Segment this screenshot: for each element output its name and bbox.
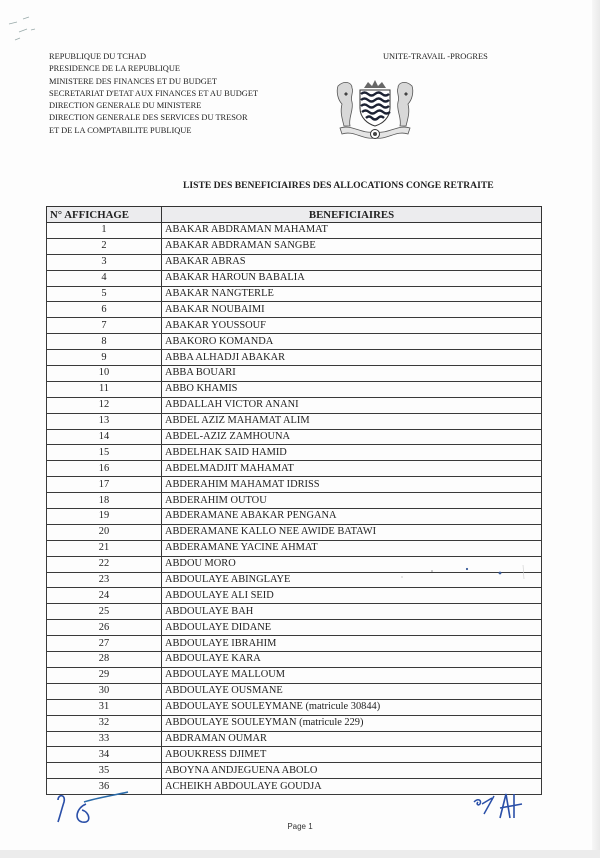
authority-line: REPUBLIQUE DU TCHAD — [49, 51, 258, 63]
beneficiary-name-cell: ABAKAR ABDRAMAN SANGBE — [162, 238, 542, 254]
table-row: 35ABOYNA ANDJEGUENA ABOLO — [47, 763, 542, 779]
table-row: 24ABDOULAYE ALI SEID — [47, 588, 542, 604]
table-row: 9ABBA ALHADJI ABAKAR — [47, 350, 542, 366]
authority-line: SECRETARIAT D'ETAT AUX FINANCES ET AU BU… — [49, 88, 258, 100]
display-number-cell: 9 — [47, 350, 162, 366]
table-row: 17ABDERAHIM MAHAMAT IDRISS — [47, 477, 542, 493]
display-number-cell: 10 — [47, 366, 162, 382]
beneficiary-name-cell: ABDOULAYE BAH — [162, 604, 542, 620]
beneficiary-name-cell: ABDOULAYE KARA — [162, 652, 542, 668]
display-number-cell: 3 — [47, 254, 162, 270]
beneficiary-name-cell: ABDERAHIM OUTOU — [162, 493, 542, 509]
beneficiary-name-cell: ABDERAMANE YACINE AHMAT — [162, 540, 542, 556]
display-number-cell: 15 — [47, 445, 162, 461]
beneficiary-name-cell: ABBO KHAMIS — [162, 381, 542, 397]
beneficiary-name-cell: ABDOULAYE MALLOUM — [162, 667, 542, 683]
display-number-cell: 23 — [47, 572, 162, 588]
beneficiary-name-cell: ABDOULAYE OUSMANE — [162, 683, 542, 699]
table-row: 21ABDERAMANE YACINE AHMAT — [47, 540, 542, 556]
table-row: 19ABDERAMANE ABAKAR PENGANA — [47, 509, 542, 525]
table-row: 4ABAKAR HAROUN BABALIA — [47, 270, 542, 286]
display-number-cell: 18 — [47, 493, 162, 509]
display-number-cell: 2 — [47, 238, 162, 254]
table-row: 25ABDOULAYE BAH — [47, 604, 542, 620]
table-row: 14ABDEL-AZIZ ZAMHOUNA — [47, 429, 542, 445]
beneficiary-name-cell: ABDOULAYE SOULEYMANE (matricule 30844) — [162, 699, 542, 715]
display-number-cell: 32 — [47, 715, 162, 731]
display-number-cell: 21 — [47, 540, 162, 556]
document-title: LISTE DES BENEFICIAIRES DES ALLOCATIONS … — [183, 180, 494, 191]
beneficiary-name-cell: ABDEL AZIZ MAHAMAT ALIM — [162, 413, 542, 429]
table-row: 2ABAKAR ABDRAMAN SANGBE — [47, 238, 542, 254]
display-number-cell: 26 — [47, 620, 162, 636]
table-row: 10ABBA BOUARI — [47, 366, 542, 382]
display-number-cell: 12 — [47, 397, 162, 413]
page-edge-shadow — [592, 0, 600, 858]
display-number-cell: 29 — [47, 667, 162, 683]
column-header-beneficiaries: BENEFICIAIRES — [162, 207, 542, 223]
beneficiary-name-cell: ABAKAR NANGTERLE — [162, 286, 542, 302]
column-header-number: N° AFFICHAGE — [47, 207, 162, 223]
page-number: Page 1 — [0, 822, 600, 831]
authority-line: ET DE LA COMPTABILITE PUBLIQUE — [49, 125, 258, 137]
display-number-cell: 8 — [47, 334, 162, 350]
table-row: 7ABAKAR YOUSSOUF — [47, 318, 542, 334]
stray-marks-icon — [5, 10, 60, 45]
beneficiary-name-cell: ABDOULAYE ALI SEID — [162, 588, 542, 604]
coat-of-arms-icon — [330, 78, 420, 142]
table-row: 26ABDOULAYE DIDANE — [47, 620, 542, 636]
table-row: 31ABDOULAYE SOULEYMANE (matricule 30844) — [47, 699, 542, 715]
display-number-cell: 11 — [47, 381, 162, 397]
display-number-cell: 4 — [47, 270, 162, 286]
table-row: 27ABDOULAYE IBRAHIM — [47, 636, 542, 652]
display-number-cell: 22 — [47, 556, 162, 572]
table-row: 12ABDALLAH VICTOR ANANI — [47, 397, 542, 413]
table-row: 20ABDERAMANE KALLO NEE AWIDE BATAWI — [47, 524, 542, 540]
table-row: 5ABAKAR NANGTERLE — [47, 286, 542, 302]
display-number-cell: 30 — [47, 683, 162, 699]
issuing-authority-block: REPUBLIQUE DU TCHADPRESIDENCE DE LA REPU… — [49, 51, 258, 137]
display-number-cell: 25 — [47, 604, 162, 620]
beneficiary-name-cell: ABBA BOUARI — [162, 366, 542, 382]
display-number-cell: 13 — [47, 413, 162, 429]
authority-line: PRESIDENCE DE LA REPUBLIQUE — [49, 63, 258, 75]
table-row: 11ABBO KHAMIS — [47, 381, 542, 397]
table-row: 29ABDOULAYE MALLOUM — [47, 667, 542, 683]
display-number-cell: 20 — [47, 524, 162, 540]
page-bottom-edge — [0, 850, 600, 858]
authority-line: MINISTERE DES FINANCES ET DU BUDGET — [49, 76, 258, 88]
beneficiary-name-cell: ABAKORO KOMANDA — [162, 334, 542, 350]
display-number-cell: 33 — [47, 731, 162, 747]
beneficiary-name-cell: ABOYNA ANDJEGUENA ABOLO — [162, 763, 542, 779]
display-number-cell: 1 — [47, 223, 162, 239]
display-number-cell: 28 — [47, 652, 162, 668]
table-row: 18ABDERAHIM OUTOU — [47, 493, 542, 509]
beneficiary-name-cell: ABBA ALHADJI ABAKAR — [162, 350, 542, 366]
beneficiary-name-cell: ABAKAR HAROUN BABALIA — [162, 270, 542, 286]
beneficiary-name-cell: ABDOULAYE SOULEYMAN (matricule 229) — [162, 715, 542, 731]
table-row: 33ABDRAMAN OUMAR — [47, 731, 542, 747]
display-number-cell: 19 — [47, 509, 162, 525]
beneficiary-name-cell: ABDELHAK SAID HAMID — [162, 445, 542, 461]
table-row: 28ABDOULAYE KARA — [47, 652, 542, 668]
display-number-cell: 7 — [47, 318, 162, 334]
display-number-cell: 31 — [47, 699, 162, 715]
table-header-row: N° AFFICHAGE BENEFICIAIRES — [47, 207, 542, 223]
authority-line: DIRECTION GENERALE DU MINISTERE — [49, 100, 258, 112]
display-number-cell: 5 — [47, 286, 162, 302]
national-motto: UNITE-TRAVAIL -PROGRES — [383, 52, 488, 61]
beneficiary-name-cell: ABAKAR YOUSSOUF — [162, 318, 542, 334]
table-row: 8ABAKORO KOMANDA — [47, 334, 542, 350]
display-number-cell: 14 — [47, 429, 162, 445]
beneficiary-name-cell: ABDOULAYE DIDANE — [162, 620, 542, 636]
beneficiary-name-cell: ABDELMADJIT MAHAMAT — [162, 461, 542, 477]
table-row: 15ABDELHAK SAID HAMID — [47, 445, 542, 461]
display-number-cell: 16 — [47, 461, 162, 477]
display-number-cell: 17 — [47, 477, 162, 493]
beneficiary-name-cell: ABDRAMAN OUMAR — [162, 731, 542, 747]
table-row: 32ABDOULAYE SOULEYMAN (matricule 229) — [47, 715, 542, 731]
signature-right-icon — [470, 792, 530, 822]
authority-line: DIRECTION GENERALE DES SERVICES DU TRESO… — [49, 112, 258, 124]
display-number-cell: 24 — [47, 588, 162, 604]
display-number-cell: 35 — [47, 763, 162, 779]
beneficiary-name-cell: ABDERAHIM MAHAMAT IDRISS — [162, 477, 542, 493]
display-number-cell: 6 — [47, 302, 162, 318]
beneficiary-name-cell: ABDEL-AZIZ ZAMHOUNA — [162, 429, 542, 445]
scan-specks-icon — [390, 565, 530, 585]
table-row: 1ABAKAR ABDRAMAN MAHAMAT — [47, 223, 542, 239]
display-number-cell: 34 — [47, 747, 162, 763]
beneficiary-name-cell: ABAKAR NOUBAIMI — [162, 302, 542, 318]
beneficiary-name-cell: ABDOULAYE IBRAHIM — [162, 636, 542, 652]
beneficiary-name-cell: ABDERAMANE KALLO NEE AWIDE BATAWI — [162, 524, 542, 540]
beneficiaries-table: N° AFFICHAGE BENEFICIAIRES 1ABAKAR ABDRA… — [46, 206, 542, 795]
beneficiary-name-cell: ABAKAR ABDRAMAN MAHAMAT — [162, 223, 542, 239]
beneficiary-name-cell: ABAKAR ABRAS — [162, 254, 542, 270]
beneficiary-name-cell: ABDALLAH VICTOR ANANI — [162, 397, 542, 413]
beneficiary-name-cell: ABDERAMANE ABAKAR PENGANA — [162, 509, 542, 525]
beneficiary-name-cell: ABOUKRESS DJIMET — [162, 747, 542, 763]
table-row: 34ABOUKRESS DJIMET — [47, 747, 542, 763]
table-row: 6ABAKAR NOUBAIMI — [47, 302, 542, 318]
table-row: 13ABDEL AZIZ MAHAMAT ALIM — [47, 413, 542, 429]
display-number-cell: 27 — [47, 636, 162, 652]
table-row: 3ABAKAR ABRAS — [47, 254, 542, 270]
table-row: 30ABDOULAYE OUSMANE — [47, 683, 542, 699]
table-row: 16ABDELMADJIT MAHAMAT — [47, 461, 542, 477]
